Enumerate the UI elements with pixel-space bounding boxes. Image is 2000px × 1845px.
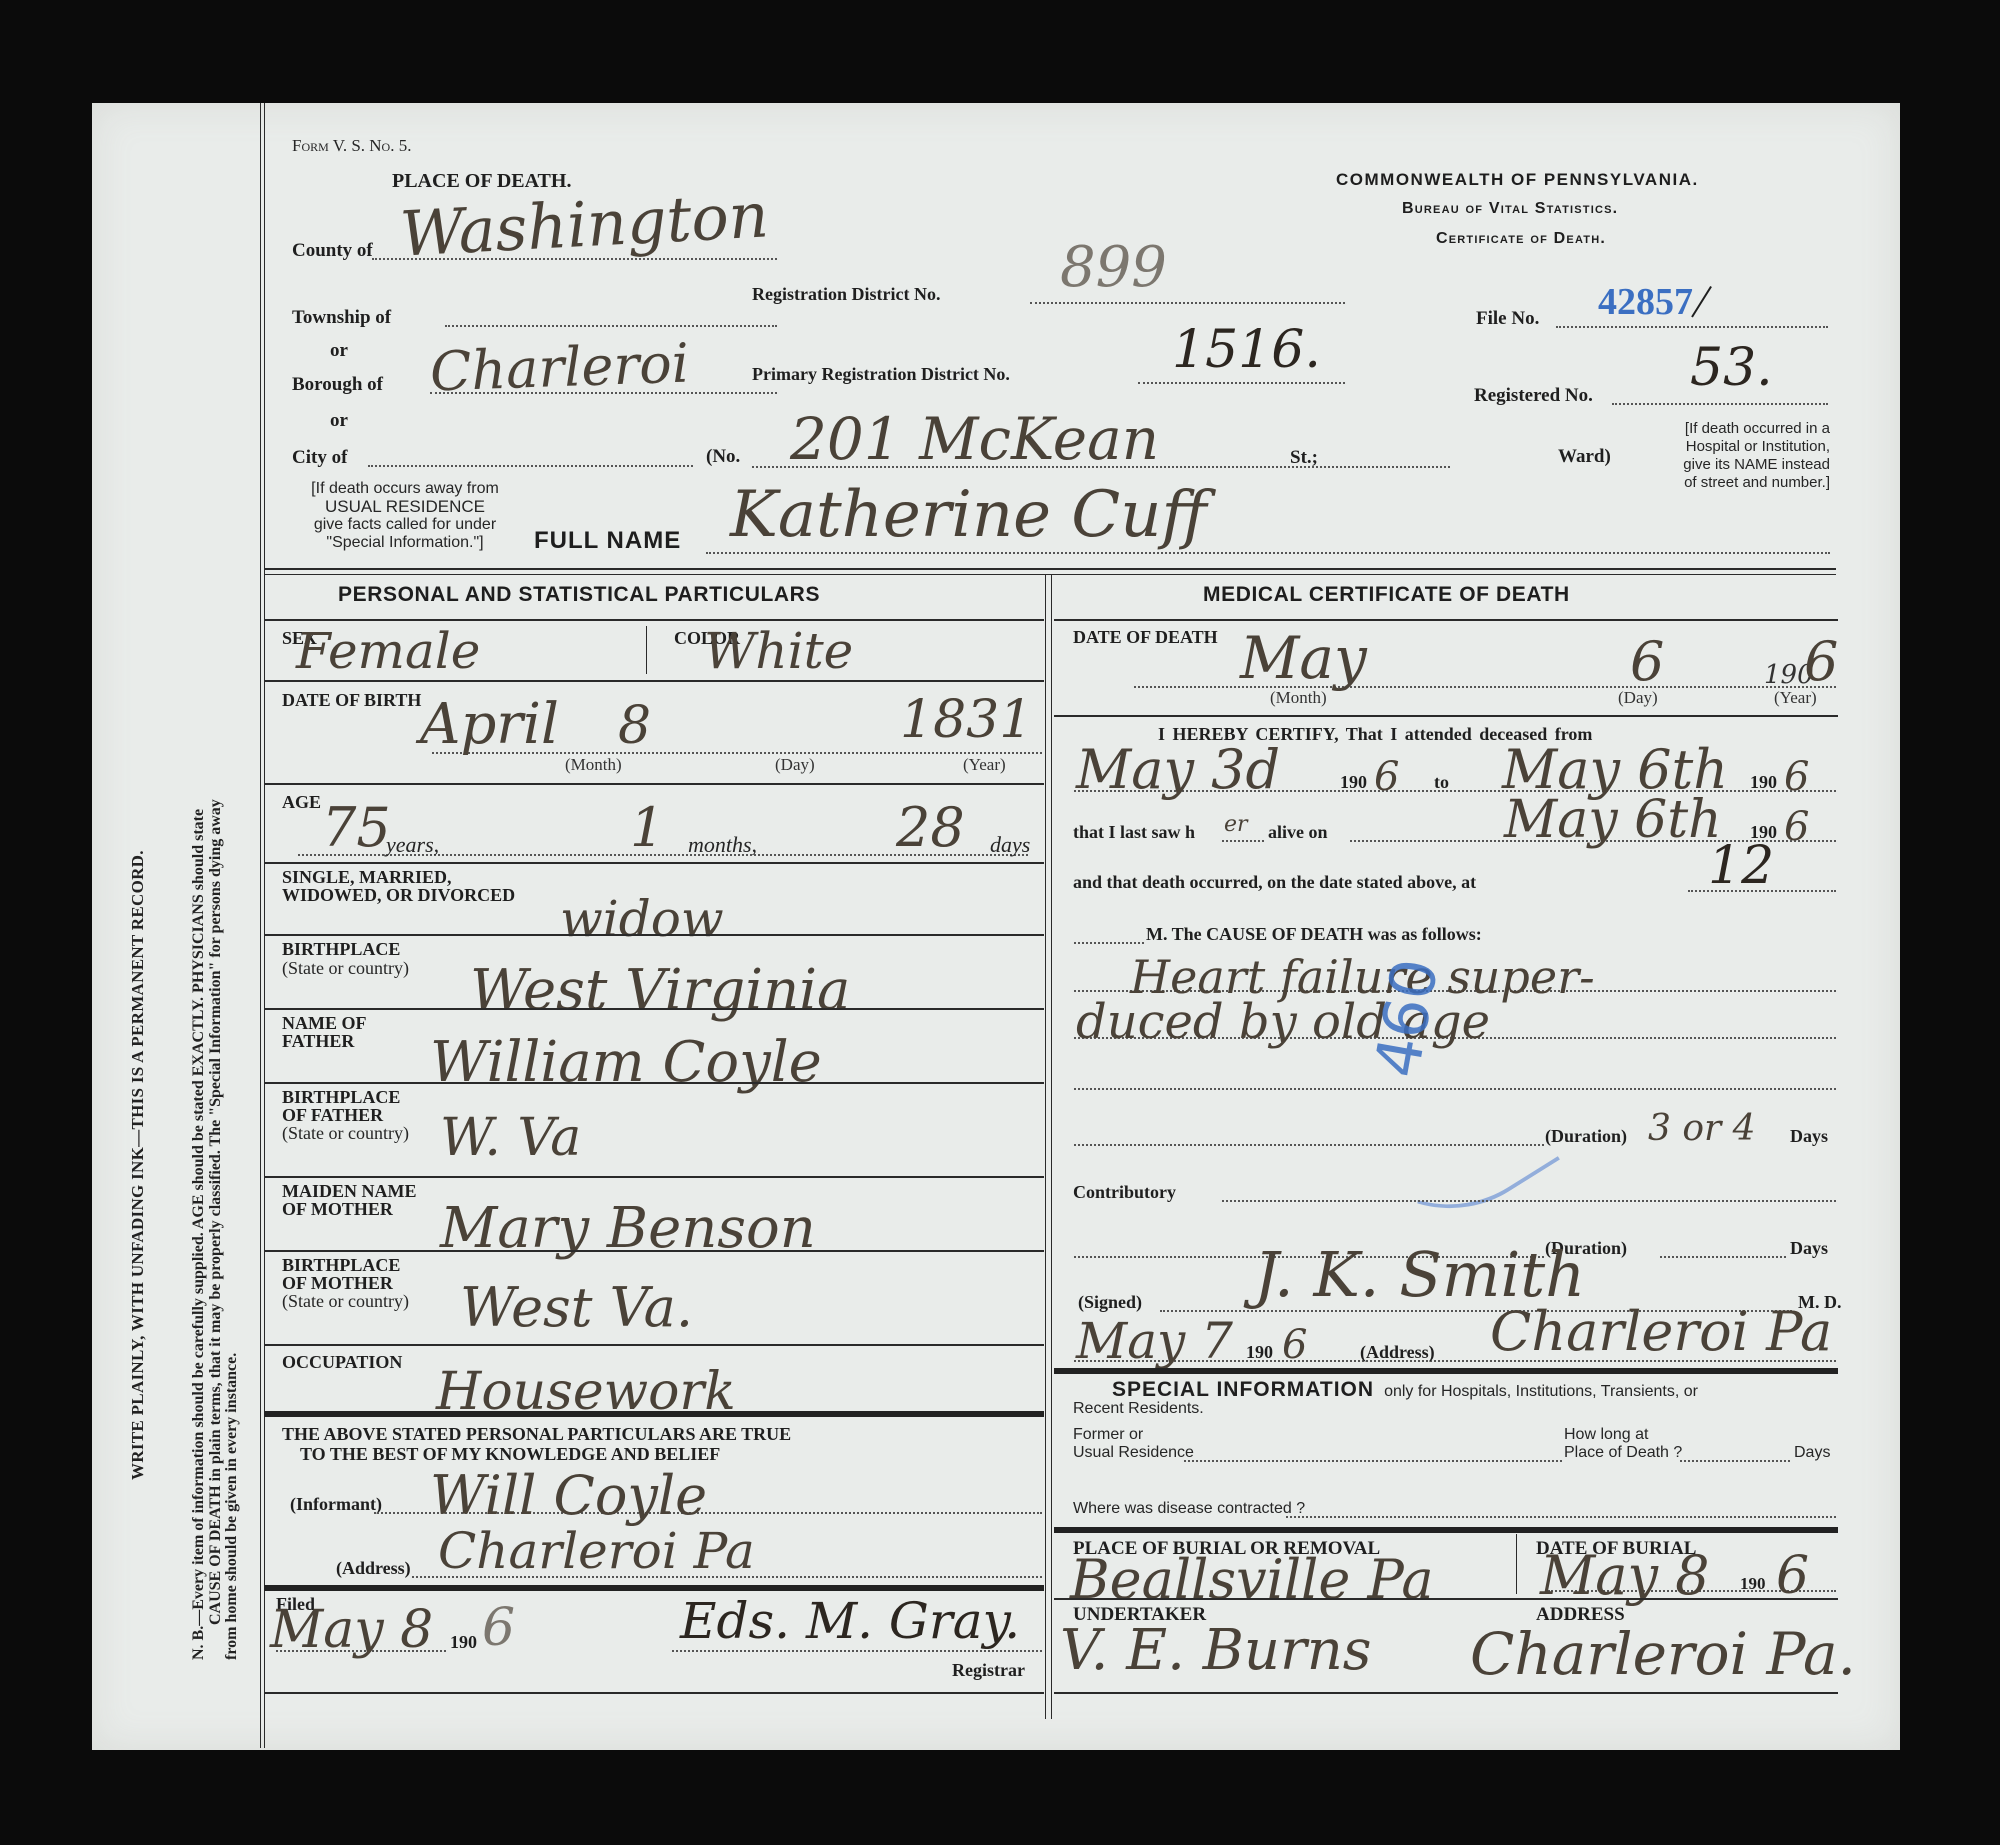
hospital-note-line: of street and number.] xyxy=(1624,474,1830,492)
marital-label-line: WIDOWED, OR DIVORCED xyxy=(282,886,515,904)
away-note-line: USUAL RESIDENCE xyxy=(290,498,520,516)
rule xyxy=(1054,619,1838,621)
color-field[interactable]: White xyxy=(704,622,853,680)
or-label-1: or xyxy=(330,340,348,362)
commonwealth-title: COMMONWEALTH OF PENNSYLVANIA. xyxy=(1336,170,1699,190)
rule xyxy=(1054,1692,1838,1694)
registered-no-line xyxy=(1612,403,1828,405)
signed-year-field[interactable]: 6 xyxy=(1282,1322,1307,1368)
file-no-label: File No. xyxy=(1476,308,1539,330)
mother-birthplace-label: BIRTHPLACE OF MOTHER (State or country) xyxy=(282,1256,409,1310)
registered-no-label: Registered No. xyxy=(1474,385,1593,407)
contributory-line xyxy=(1222,1200,1836,1202)
margin-note-line-1: N. B.—Every item of information should b… xyxy=(190,809,208,1660)
city-label: City of xyxy=(292,447,347,469)
attestation-line-1: THE ABOVE STATED PERSONAL PARTICULARS AR… xyxy=(282,1424,791,1445)
full-name-label: FULL NAME xyxy=(534,527,681,555)
informant-address-label: (Address) xyxy=(336,1558,411,1579)
state-or-country-caption: (State or country) xyxy=(282,1292,409,1310)
date-of-death-label: DATE OF DEATH xyxy=(1073,627,1218,648)
special-info-subtitle-2: Recent Residents. xyxy=(1073,1400,1204,1418)
cause-m-line xyxy=(1074,942,1144,944)
margin-note-line-3: from home should be given in every insta… xyxy=(223,1353,241,1660)
medical-section-title: MEDICAL CERTIFICATE OF DEATH xyxy=(1203,583,1570,607)
physician-address-label: (Address) xyxy=(1360,1342,1435,1363)
how-long-label-2: Place of Death ? xyxy=(1564,1444,1682,1462)
undertaker-address-field[interactable]: Charleroi Pa. xyxy=(1470,1620,1856,1688)
away-from-residence-note: [If death occurs away from USUAL RESIDEN… xyxy=(290,480,520,552)
away-note-line: "Special Information."] xyxy=(290,534,520,552)
mother-maiden-name-label: MAIDEN NAME OF MOTHER xyxy=(282,1182,417,1218)
filed-date-field[interactable]: May 8 xyxy=(270,1600,433,1660)
date-of-birth-label: DATE OF BIRTH xyxy=(282,690,421,711)
marital-status-label: SINGLE, MARRIED, WIDOWED, OR DIVORCED xyxy=(282,868,515,904)
attended-from-year-field[interactable]: 6 xyxy=(1374,754,1399,800)
informant-field[interactable]: Will Coyle xyxy=(430,1464,707,1527)
mother-birthplace-field[interactable]: West Va. xyxy=(460,1276,693,1339)
mother-label-line: OF MOTHER xyxy=(282,1200,417,1218)
dob-year-caption: (Year) xyxy=(963,755,1006,775)
dob-day-caption: (Day) xyxy=(775,755,815,775)
disease-contracted-label: Where was disease contracted ? xyxy=(1073,1500,1305,1518)
marital-label-line: SINGLE, MARRIED, xyxy=(282,868,515,886)
to-label: to xyxy=(1434,772,1449,793)
certificate-title: Certificate of Death. xyxy=(1436,230,1606,248)
dob-month-field[interactable]: April xyxy=(420,692,559,757)
death-time-field[interactable]: 12 xyxy=(1708,836,1774,896)
form-number: Form V. S. No. 5. xyxy=(292,136,411,156)
registration-district-label: Registration District No. xyxy=(752,284,940,305)
township-field-line xyxy=(445,325,777,327)
signed-year-prefix: 190 xyxy=(1246,1342,1273,1363)
father-bp-label-line: OF FATHER xyxy=(282,1106,409,1124)
borough-label: Borough of xyxy=(292,374,383,396)
age-days-field[interactable]: 28 xyxy=(896,796,965,859)
rule xyxy=(264,862,1044,864)
duration-label: (Duration) xyxy=(1545,1126,1627,1147)
duration2-line xyxy=(1660,1256,1786,1258)
age-days-label: days xyxy=(990,832,1030,858)
attestation-line-2: TO THE BEST OF MY KNOWLEDGE AND BELIEF xyxy=(300,1444,720,1465)
informant-label: (Informant) xyxy=(290,1494,382,1515)
signed-date-field[interactable]: May 7 xyxy=(1076,1312,1233,1370)
registrar-label: Registrar xyxy=(952,1660,1025,1681)
former-residence-line xyxy=(1184,1460,1562,1462)
hospital-note: [If death occurred in a Hospital or Inst… xyxy=(1624,420,1830,492)
father-label-line: NAME OF xyxy=(282,1014,367,1032)
rule xyxy=(1054,1598,1838,1600)
away-note-line: [If death occurs away from xyxy=(290,480,520,498)
special-info-heading: SPECIAL INFORMATION only for Hospitals, … xyxy=(1112,1378,1698,1402)
rule xyxy=(264,619,1044,621)
street-field[interactable]: 201 McKean xyxy=(790,405,1159,473)
physician-address-field[interactable]: Charleroi Pa xyxy=(1490,1300,1832,1363)
primary-registration-field[interactable]: 1516. xyxy=(1172,320,1321,380)
undertaker-field[interactable]: V. E. Burns xyxy=(1060,1618,1372,1683)
alive-on-label: alive on xyxy=(1268,822,1328,843)
dod-year-field[interactable]: 6 xyxy=(1804,630,1838,693)
mother-label-line: MAIDEN NAME xyxy=(282,1182,417,1200)
township-label: Township of xyxy=(292,307,391,329)
primary-registration-label: Primary Registration District No. xyxy=(752,364,1010,385)
father-bp-label-line: BIRTHPLACE xyxy=(282,1088,409,1106)
rule xyxy=(264,934,1044,936)
age-years-field[interactable]: 75 xyxy=(322,796,391,859)
attended-from-year-prefix: 190 xyxy=(1340,772,1367,793)
thick-rule xyxy=(264,1585,1044,1591)
burial-year-field[interactable]: 6 xyxy=(1776,1546,1809,1606)
dod-month-field[interactable]: May xyxy=(1240,624,1367,692)
rule xyxy=(264,1008,1044,1010)
registrar-line xyxy=(672,1650,1042,1652)
registered-no-field[interactable]: 53. xyxy=(1690,338,1773,398)
how-long-days-label: Days xyxy=(1794,1444,1830,1462)
dod-year-caption: (Year) xyxy=(1774,688,1817,708)
father-birthplace-field[interactable]: W. Va xyxy=(440,1108,581,1168)
how-long-line xyxy=(1680,1460,1790,1462)
duration-field[interactable]: 3 or 4 xyxy=(1648,1108,1756,1149)
state-or-country-caption: (State or country) xyxy=(282,1124,409,1142)
column-divider-right xyxy=(1051,574,1052,1719)
mother-bp-label-line: BIRTHPLACE xyxy=(282,1256,409,1274)
rule xyxy=(1054,715,1838,717)
dod-day-field[interactable]: 6 xyxy=(1630,630,1664,693)
hospital-note-line: Hospital or Institution, xyxy=(1624,438,1830,456)
sex-color-divider xyxy=(646,626,647,674)
margin-divider-inner xyxy=(264,103,265,1748)
signed-label: (Signed) xyxy=(1078,1292,1142,1313)
disease-contracted-line xyxy=(1286,1516,1836,1518)
ward-label: Ward) xyxy=(1558,446,1611,468)
column-divider-left xyxy=(1045,574,1046,1719)
header-rule-top xyxy=(264,568,1836,570)
registration-district-field[interactable]: 899 xyxy=(1060,235,1167,300)
state-or-country-caption: (State or country) xyxy=(282,959,409,978)
special-info-subtitle: only for Hospitals, Institutions, Transi… xyxy=(1384,1383,1698,1400)
birthplace-label: BIRTHPLACE (State or country) xyxy=(282,940,409,978)
registrar-signature: Eds. M. Gray. xyxy=(680,1592,1020,1650)
thick-rule xyxy=(1054,1368,1838,1374)
dob-year-field[interactable]: 1831 xyxy=(900,690,1032,750)
attended-to-year-field[interactable]: 6 xyxy=(1784,754,1809,800)
dod-day-caption: (Day) xyxy=(1618,688,1658,708)
father-birthplace-label: BIRTHPLACE OF FATHER (State or country) xyxy=(282,1088,409,1142)
file-no-line xyxy=(1556,326,1828,328)
alive-on-field[interactable]: May 6th xyxy=(1504,790,1722,850)
age-months-label: months, xyxy=(688,832,757,858)
dob-day-field[interactable]: 8 xyxy=(618,696,651,756)
margin-divider xyxy=(260,103,261,1748)
marital-status-field[interactable]: widow xyxy=(560,890,724,948)
hospital-note-line: give its NAME instead xyxy=(1624,456,1830,474)
pronoun-line xyxy=(1222,840,1264,842)
death-occurred-label: and that death occurred, on the date sta… xyxy=(1073,872,1476,893)
rule xyxy=(264,1344,1044,1346)
former-residence-label-2: Usual Residence xyxy=(1073,1444,1194,1462)
duration-days-label: Days xyxy=(1790,1126,1828,1147)
personal-section-title: PERSONAL AND STATISTICAL PARTICULARS xyxy=(338,583,820,607)
borough-field[interactable]: Charleroi xyxy=(429,332,690,404)
alive-on-year-field[interactable]: 6 xyxy=(1784,804,1809,850)
street-suffix-label: St.; xyxy=(1290,447,1318,469)
bureau-title: Bureau of Vital Statistics. xyxy=(1402,200,1618,218)
filed-year-field[interactable]: 6 xyxy=(482,1598,515,1658)
father-name-label: NAME OF FATHER xyxy=(282,1014,367,1050)
rule xyxy=(264,1082,1044,1084)
or-label-2: or xyxy=(330,410,348,432)
contributory-label: Contributory xyxy=(1073,1182,1176,1203)
last-saw-pronoun-field[interactable]: er xyxy=(1224,812,1248,837)
registration-district-line xyxy=(1030,302,1345,304)
place-of-burial-field[interactable]: Beallsville Pa xyxy=(1070,1548,1434,1611)
rule xyxy=(264,1692,1044,1694)
city-field-line xyxy=(368,465,693,467)
age-label: AGE xyxy=(282,792,321,813)
thick-rule xyxy=(264,1411,1044,1417)
occupation-label: OCCUPATION xyxy=(282,1352,402,1373)
attended-to-year-prefix: 190 xyxy=(1750,772,1777,793)
birthplace-field[interactable]: West Virginia xyxy=(470,958,850,1023)
informant-address-field[interactable]: Charleroi Pa xyxy=(438,1522,755,1580)
burial-divider xyxy=(1516,1534,1517,1594)
thick-rule xyxy=(1054,1527,1838,1533)
how-long-label-1: How long at xyxy=(1564,1426,1649,1444)
street-number-label: (No. xyxy=(706,446,740,468)
former-residence-label-1: Former or xyxy=(1073,1426,1143,1444)
county-label: County of xyxy=(292,240,373,262)
duration-line-pre xyxy=(1074,1144,1544,1146)
rule xyxy=(264,680,1044,682)
age-years-label: years, xyxy=(386,832,439,858)
dob-month-caption: (Month) xyxy=(565,755,622,775)
mother-bp-label-line: OF MOTHER xyxy=(282,1274,409,1292)
file-no-stamp: 42857 xyxy=(1598,280,1693,324)
duration2-days-label: Days xyxy=(1790,1238,1828,1259)
filed-year-prefix: 190 xyxy=(450,1632,477,1653)
burial-year-prefix: 190 xyxy=(1740,1574,1766,1594)
age-months-field[interactable]: 1 xyxy=(630,796,664,859)
rule xyxy=(264,783,1044,785)
header-rule-bottom xyxy=(264,574,1836,575)
last-saw-label: that I last saw h xyxy=(1073,822,1195,843)
attended-from-field[interactable]: May 3d xyxy=(1076,738,1280,801)
rule xyxy=(264,1176,1044,1178)
rule xyxy=(264,1250,1044,1252)
father-name-field[interactable]: William Coyle xyxy=(430,1030,822,1095)
margin-instruction-permanent: WRITE PLAINLY, WITH UNFADING INK—THIS IS… xyxy=(128,850,148,1480)
primary-registration-line xyxy=(1138,382,1345,384)
full-name-line xyxy=(706,552,1830,554)
sex-field[interactable]: Female xyxy=(296,622,480,680)
dod-month-caption: (Month) xyxy=(1270,688,1327,708)
birthplace-label-line: BIRTHPLACE xyxy=(282,940,409,959)
special-info-title: SPECIAL INFORMATION xyxy=(1112,1378,1374,1401)
father-label-line: FATHER xyxy=(282,1032,367,1050)
away-note-line: give facts called for under xyxy=(290,516,520,534)
full-name-field[interactable]: Katherine Cuff xyxy=(730,478,1207,552)
hospital-note-line: [If death occurred in a xyxy=(1624,420,1830,438)
cause-of-death-label: M. The CAUSE OF DEATH was as follows: xyxy=(1146,924,1482,945)
